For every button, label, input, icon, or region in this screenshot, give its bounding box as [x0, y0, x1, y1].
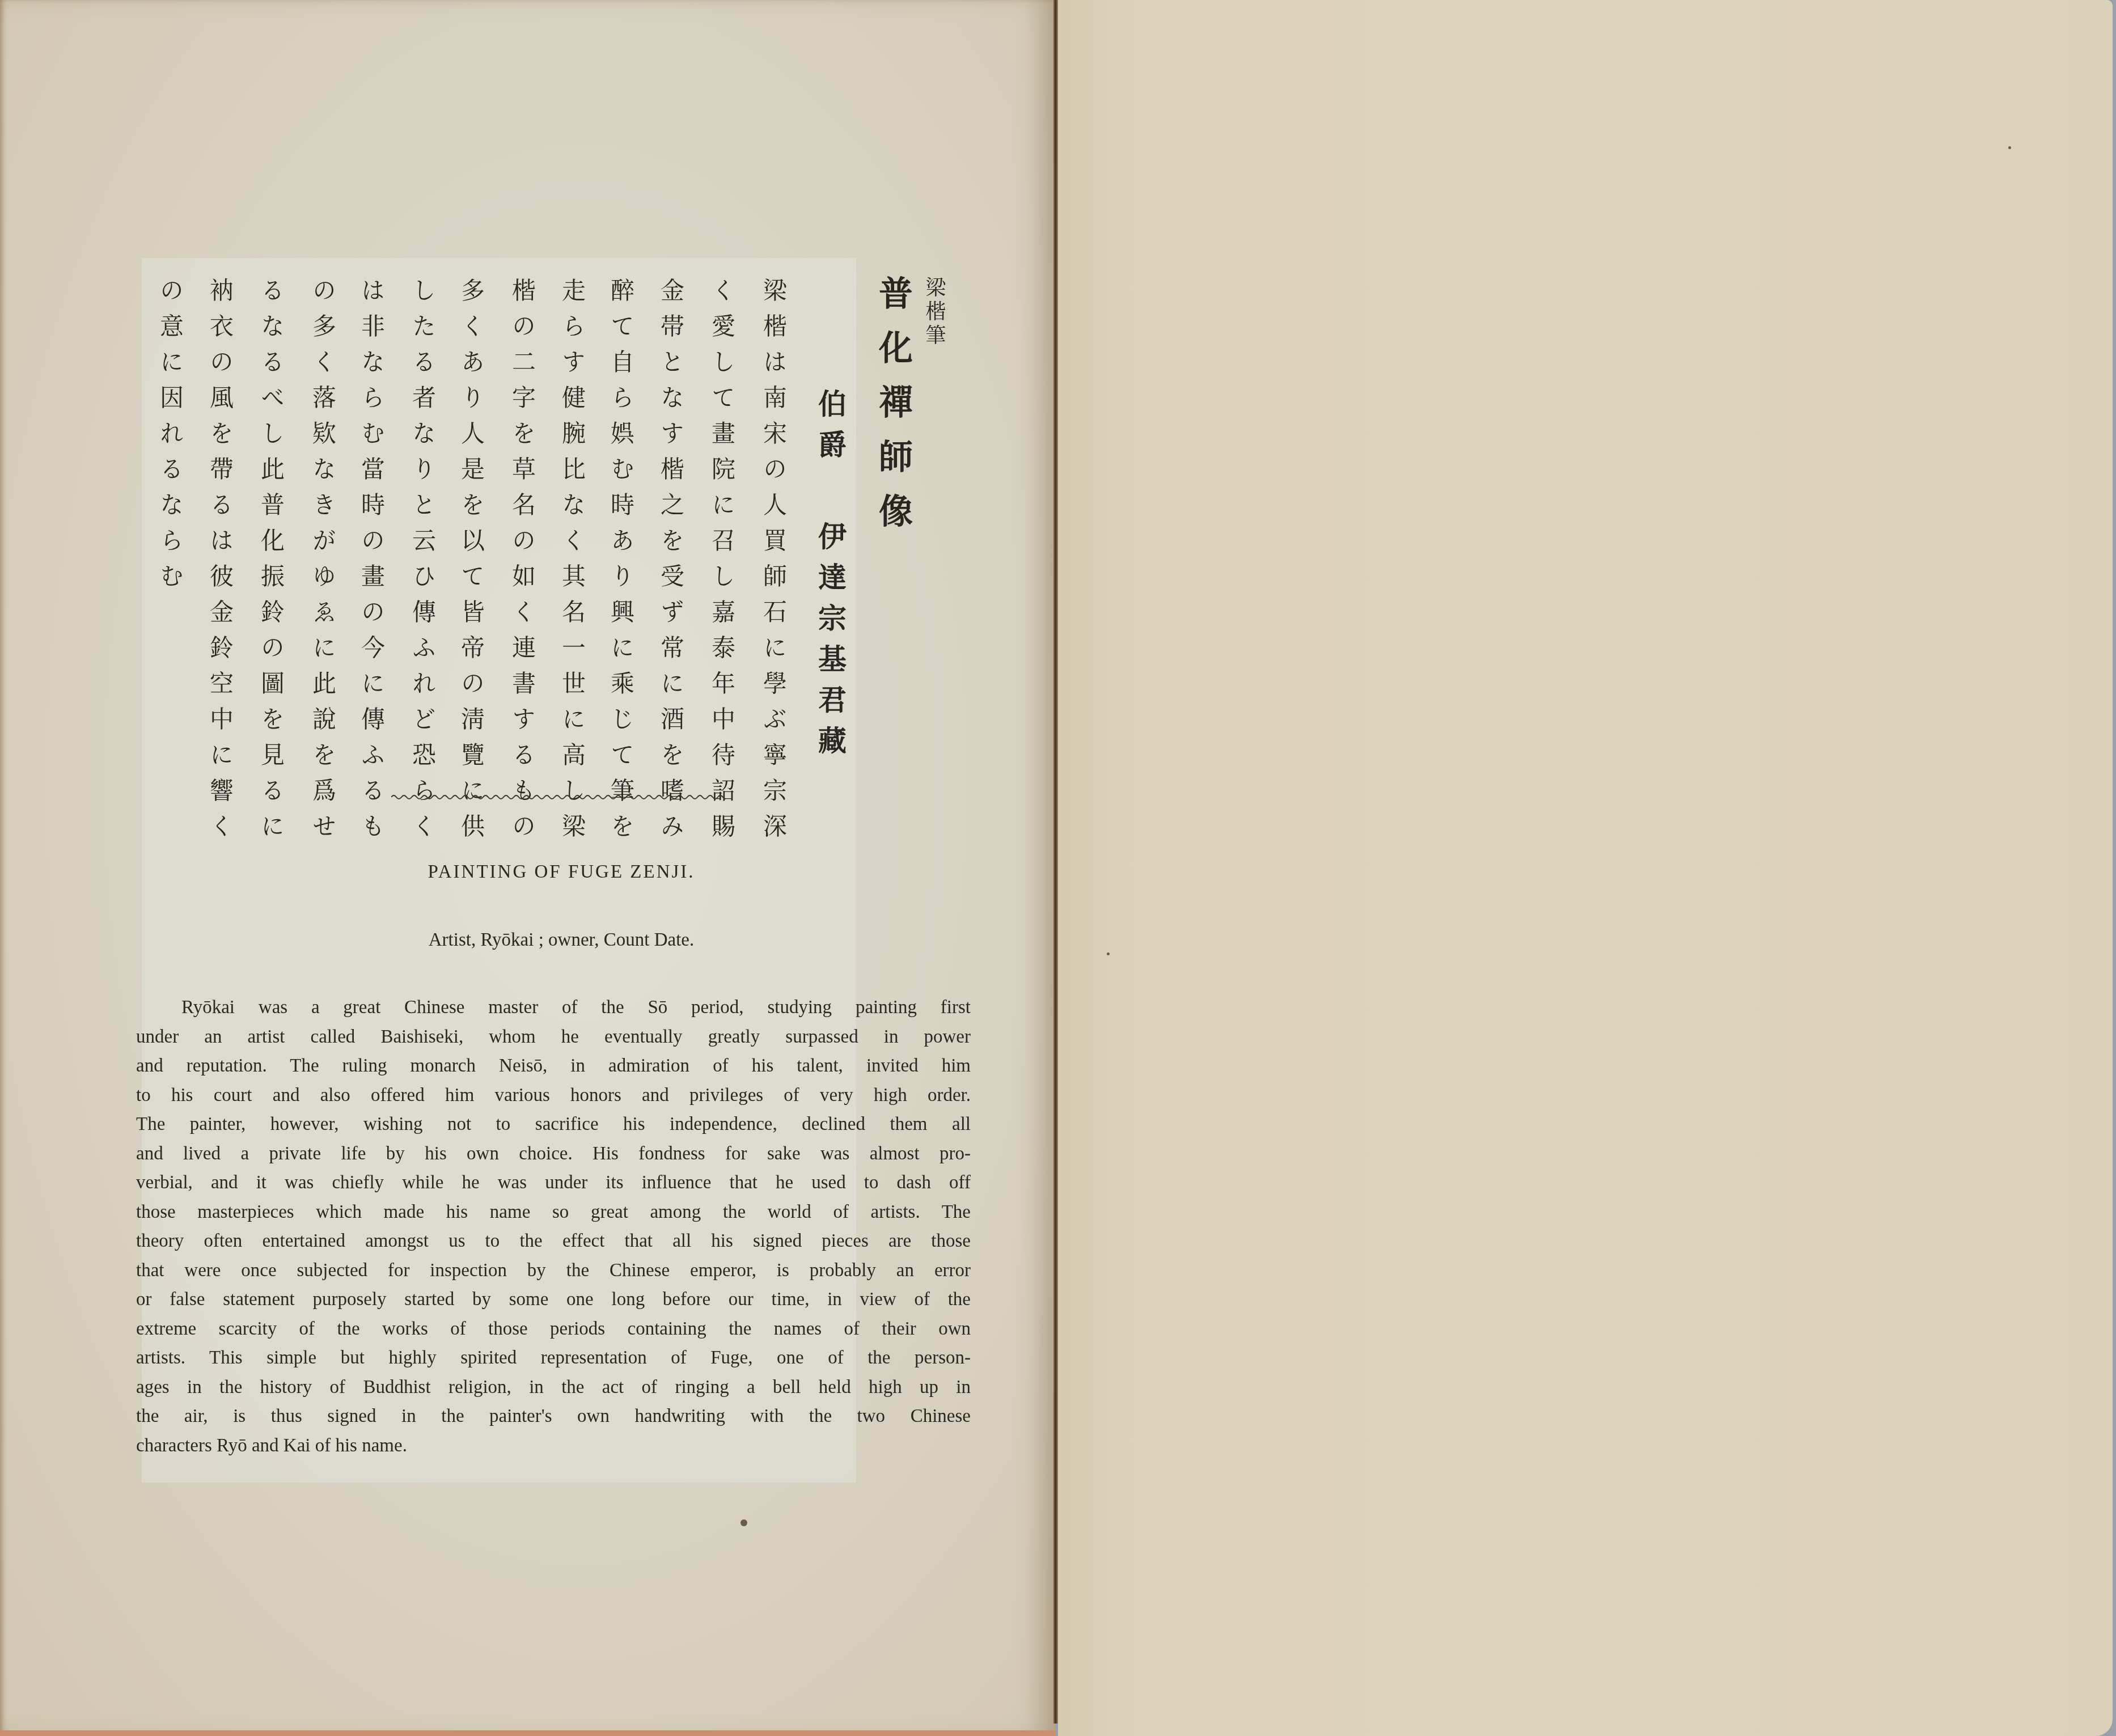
english-body-line: theory often entertained amongst us to t…: [136, 1227, 971, 1256]
english-body-line: and reputation. The ruling monarch Neisō…: [136, 1052, 971, 1081]
english-body-line: extreme scarcity of the works of those p…: [136, 1315, 971, 1344]
japanese-artist-credit: 梁楷筆: [920, 277, 949, 348]
right-page-blank: [1058, 0, 2113, 1736]
english-body-line: Ryōkai was a great Chinese master of the…: [136, 993, 971, 1023]
japanese-body-column-12: 衲衣の風を帶るは彼金鈴空中に響く: [208, 278, 232, 849]
page-bottom-edge: [0, 1730, 1056, 1736]
english-body-line: to his court and also offered him variou…: [136, 1081, 971, 1111]
paper-spot: [740, 1519, 747, 1526]
japanese-body-column-13: の意に因れるならむ: [158, 278, 182, 599]
japanese-body-column-5: 走らす健腕比なく其名一世に高し梁: [560, 278, 584, 849]
japanese-title: 普化禪師像: [869, 276, 917, 548]
english-body-line: under an artist called Baishiseki, whom …: [136, 1023, 971, 1052]
japanese-body-column-10: の多く落欵なきがゆゑに此說を爲せ: [311, 278, 335, 849]
english-body-paragraph: Ryōkai was a great Chinese master of the…: [136, 993, 971, 1460]
paper-spot: [2008, 146, 2011, 149]
paper-spot: [1107, 952, 1110, 955]
english-body-line: those masterpieces which made his name s…: [136, 1198, 971, 1227]
japanese-body-column-3: 金帯となす楷之を受ず常に酒を嗜み: [659, 278, 683, 849]
japanese-body-column-6: 楷の二字を草名の如く連書するもの: [510, 278, 534, 849]
japanese-owner-rank: 伯爵: [810, 389, 850, 471]
japanese-body-column-7: 多くあり人是を以て皆帝の淸覽に供: [459, 278, 483, 849]
english-body-line: The painter, however, wishing not to sac…: [136, 1110, 971, 1140]
japanese-body-column-2: く愛して畫院に召し嘉泰年中待詔賜: [710, 278, 734, 849]
english-body-line: or false statement purposely started by …: [136, 1285, 971, 1315]
japanese-body-column-8: したる者なりと云ひ傳ふれど恐らく: [410, 278, 434, 849]
english-body-line: that were once subjected for inspection …: [136, 1256, 971, 1286]
english-body-line: the air, is thus signed in the painter's…: [136, 1402, 971, 1432]
english-body-line: ages in the history of Buddhist religion…: [136, 1373, 971, 1403]
english-subtitle: Artist, Ryōkai ; owner, Count Date.: [369, 930, 754, 951]
book-gutter: [1053, 0, 1058, 1724]
english-title: PAINTING OF FUGE ZENJI.: [397, 862, 726, 883]
japanese-body-column-9: は非ならむ當時の畫の今に傳ふるも: [359, 278, 383, 849]
english-body-line: characters Ryō and Kai of his name.: [136, 1432, 971, 1461]
left-page: 梁楷筆 普化禪師像 伯爵 伊達宗基君藏 梁楷は南宋の人買師石に學ぶ寧宗深 く愛し…: [0, 0, 1056, 1736]
english-body-line: verbial, and it was chiefly while he was…: [136, 1168, 971, 1198]
english-body-line: artists. This simple but highly spirited…: [136, 1344, 971, 1373]
japanese-body-column-4: 醉て自ら娯む時あり興に乘じて筆を: [609, 278, 633, 849]
japanese-body-column-11: るなるべし此普化振鈴の圖を見るに: [259, 278, 283, 849]
wavy-divider-rule: [391, 794, 726, 803]
japanese-owner-name: 伊達宗基君藏: [810, 522, 850, 767]
english-body-line: and lived a private life by his own choi…: [136, 1140, 971, 1169]
japanese-body-column-1: 梁楷は南宋の人買師石に學ぶ寧宗深: [761, 278, 785, 849]
